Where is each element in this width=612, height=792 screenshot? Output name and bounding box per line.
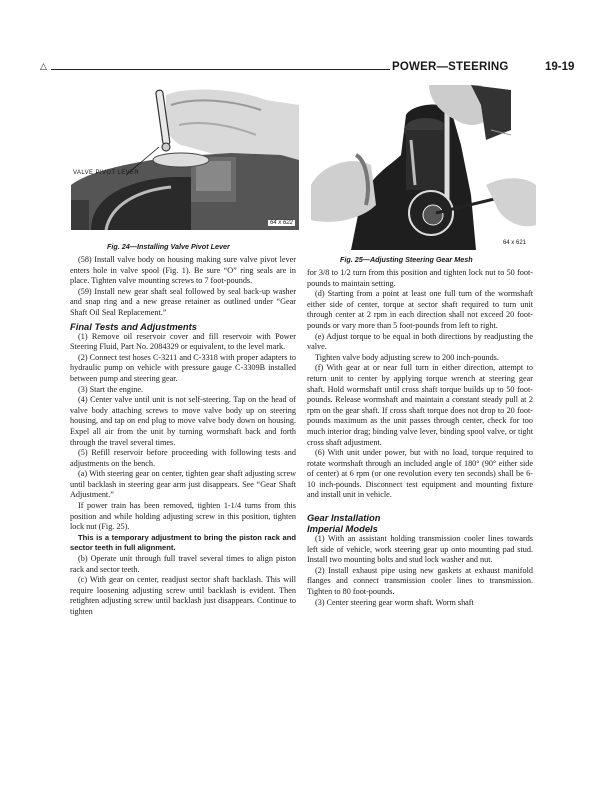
step-c-continued: for 3/8 to 1/2 turn from this position a… (307, 268, 533, 289)
test-step-2: (2) Connect test hoses C-3211 and C-3318… (70, 353, 296, 385)
test-step-f: (f) With gear at or near full turn in ei… (307, 363, 533, 448)
test-step-4: (4) Center valve until unit is not self-… (70, 395, 296, 448)
section-title: POWER—STEERING (392, 61, 509, 73)
header-rule (51, 69, 390, 70)
figure-24-photo: VALVE PIVOT LEVER 64 x 622 (71, 85, 299, 230)
test-step-3: (3) Start the engine. (70, 385, 296, 396)
heading-gear-installation: Gear Installation (307, 512, 533, 523)
figure-24-tag: 64 x 622 (268, 220, 295, 226)
step-59: (59) Install new gear shaft seal followe… (70, 287, 296, 319)
step-58: (58) Install valve body on housing makin… (70, 255, 296, 287)
figure-25-caption: Fig. 25—Adjusting Steering Gear Mesh (340, 255, 473, 264)
temporary-adjustment-note: This is a temporary adjustment to bring … (70, 533, 296, 554)
figure-24-caption: Fig. 24—Installing Valve Pivot Lever (107, 242, 230, 251)
test-step-6: (6) With unit under power, but with no l… (307, 448, 533, 501)
test-step-1: (1) Remove oil reservoir cover and fill … (70, 332, 296, 353)
left-text-column: (58) Install valve body on housing makin… (70, 255, 296, 618)
right-text-column: for 3/8 to 1/2 turn from this position a… (307, 268, 533, 608)
install-step-3: (3) Center steering gear worm shaft. Wor… (307, 598, 533, 609)
figure-25-photo: 64 x 621 (311, 85, 536, 250)
test-step-c: (c) With gear on center, readjust sector… (70, 575, 296, 617)
test-step-e: (e) Adjust torque to be equal in both di… (307, 332, 533, 353)
steering-gear-mesh-photo-icon (311, 85, 536, 250)
page-number: 19-19 (545, 61, 574, 73)
test-step-5: (5) Refill reservoir before proceeding w… (70, 448, 296, 469)
valve-screw-torque: Tighten valve body adjusting screw to 20… (307, 353, 533, 364)
test-step-a: (a) With steering gear on center, tighte… (70, 469, 296, 501)
install-step-1: (1) With an assistant holding transmissi… (307, 534, 533, 566)
heading-final-tests: Final Tests and Adjustments (70, 321, 296, 332)
power-train-note: If power train has been removed, tighten… (70, 501, 296, 533)
test-step-d: (d) Starting from a point at least one f… (307, 289, 533, 331)
test-step-b: (b) Operate unit through full travel sev… (70, 554, 296, 575)
heading-imperial-models: Imperial Models (307, 523, 533, 534)
figure-25-tag: 64 x 621 (501, 240, 528, 246)
valve-pivot-lever-photo-icon (71, 85, 299, 230)
triangle-marker-icon: △ (40, 62, 47, 72)
valve-pivot-lever-callout: VALVE PIVOT LEVER (73, 170, 139, 176)
page-header: △ POWER—STEERING 19-19 (40, 62, 580, 76)
install-step-2: (2) Install exhaust pipe using new gaske… (307, 566, 533, 598)
